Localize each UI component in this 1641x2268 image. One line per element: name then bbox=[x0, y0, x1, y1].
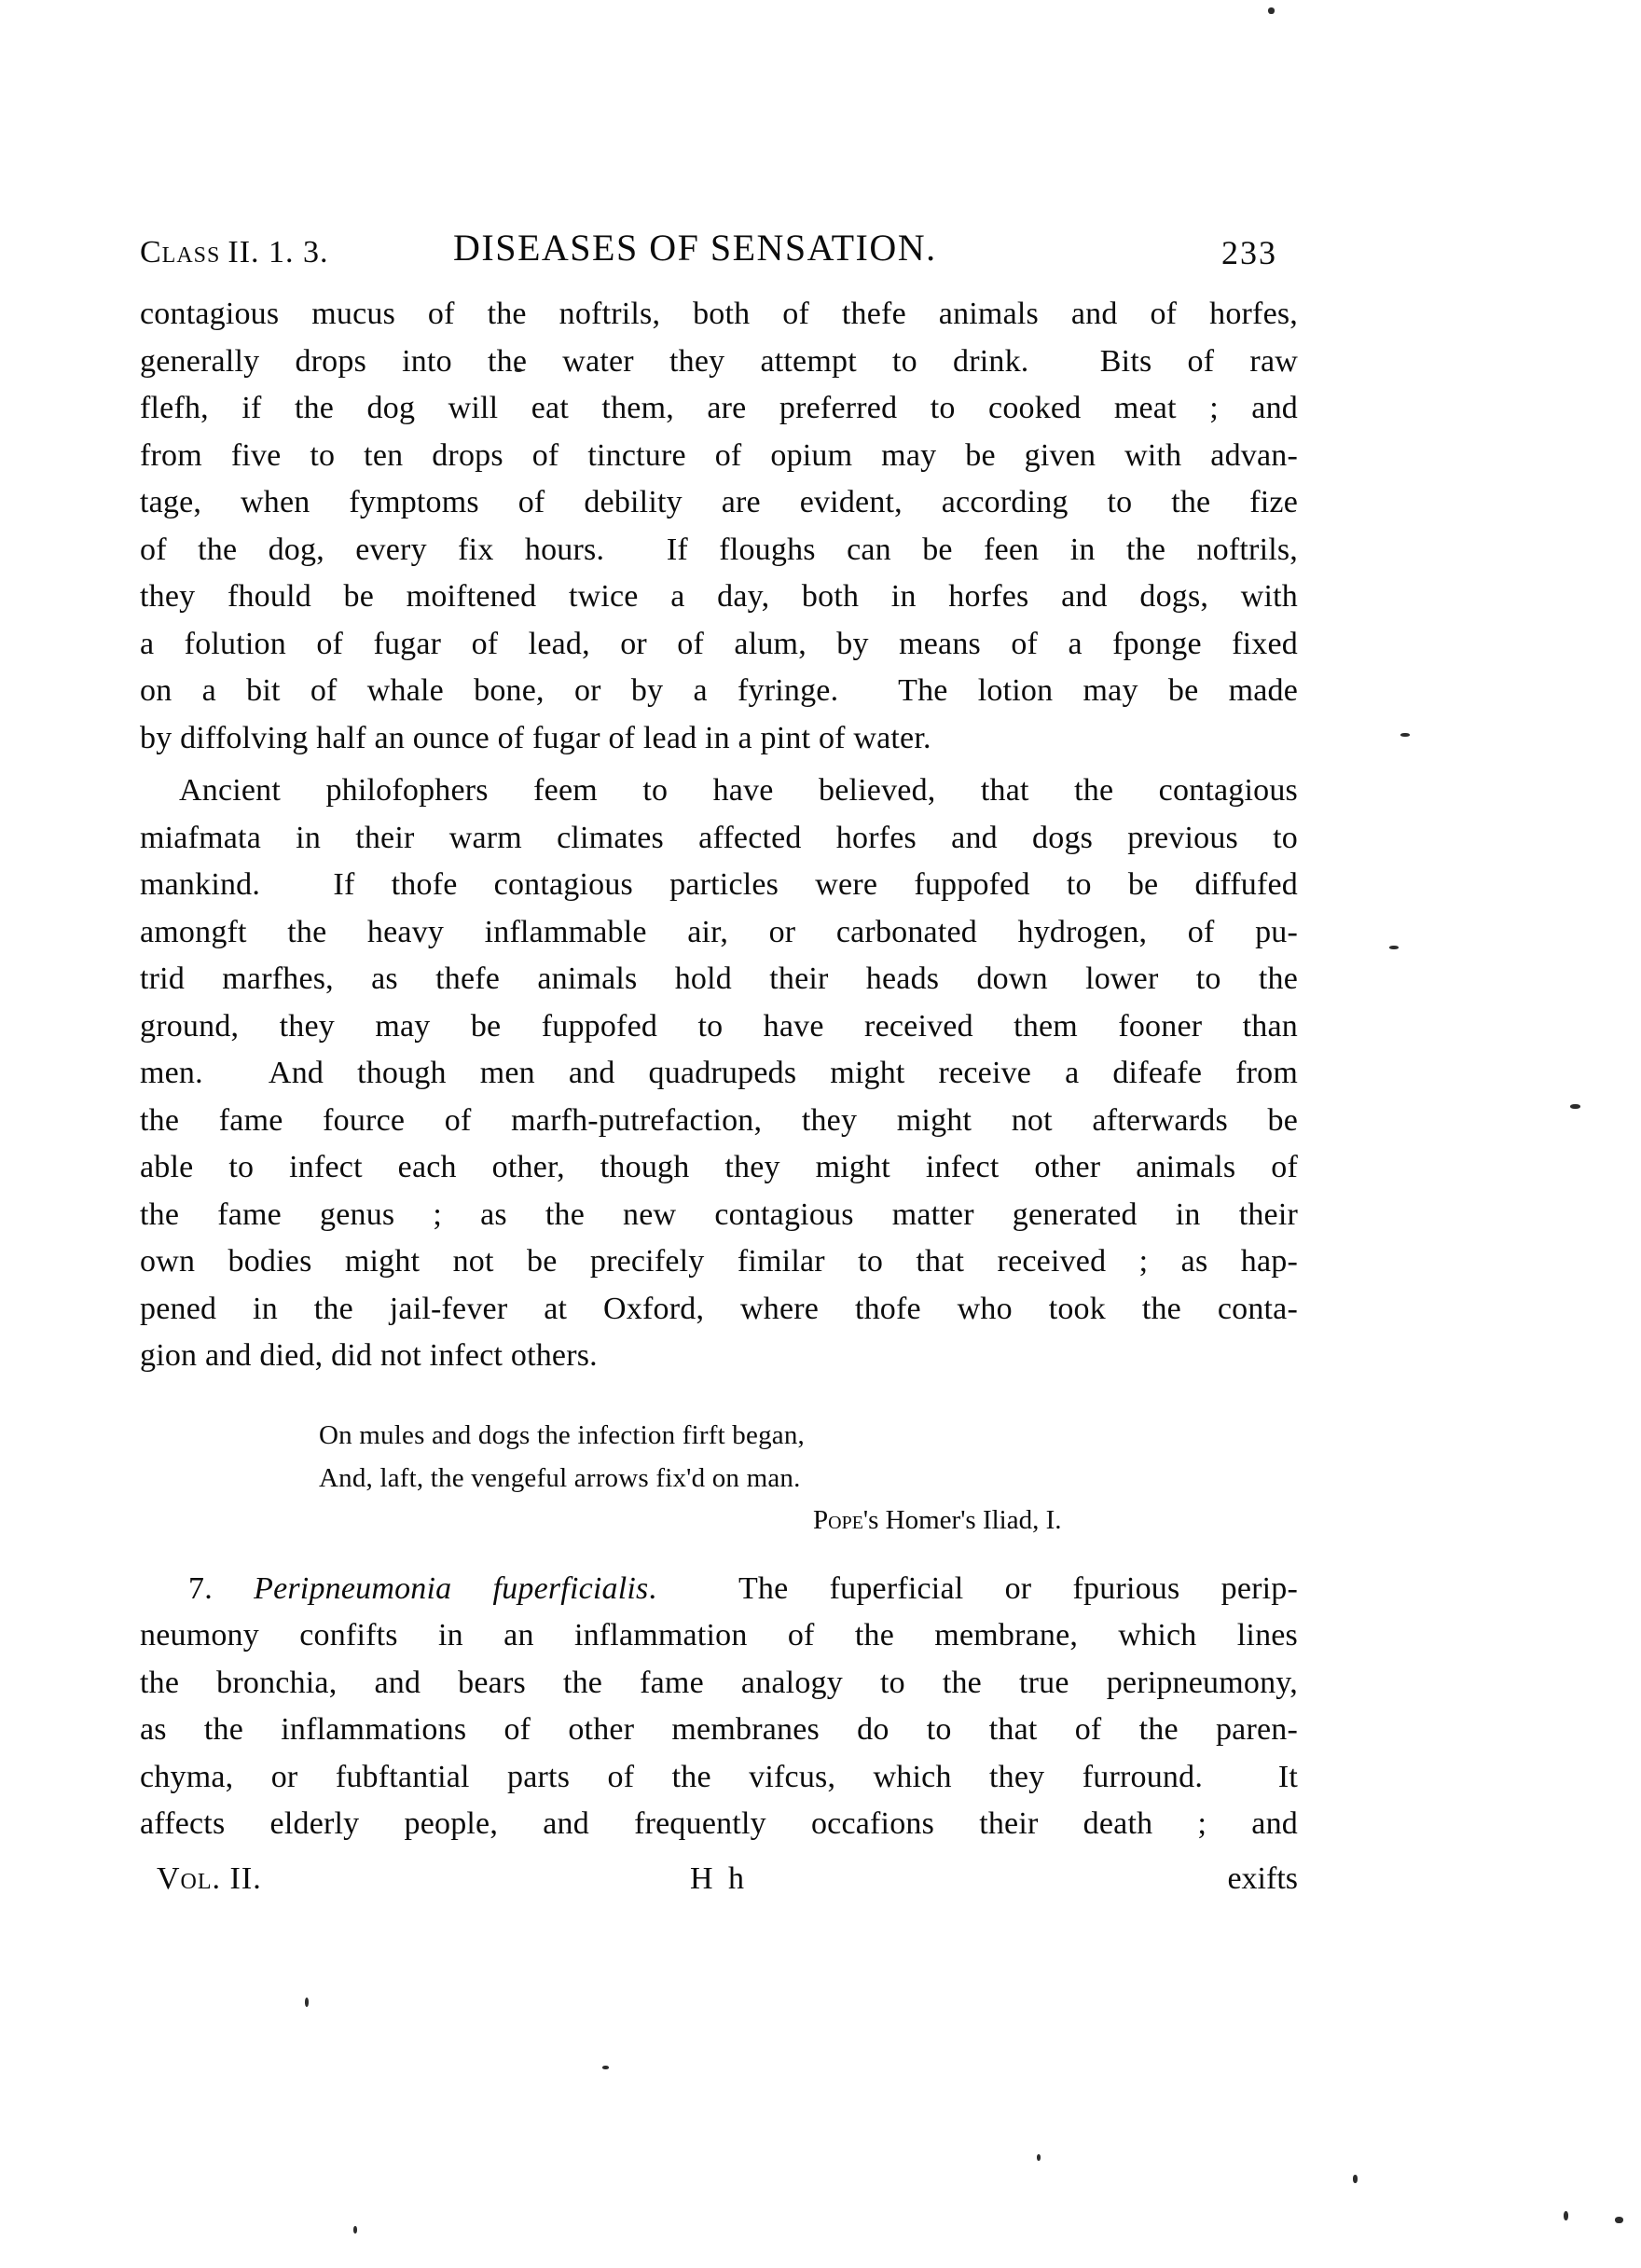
signature-mark: H h bbox=[690, 1856, 748, 1903]
entry-number: 7. bbox=[188, 1571, 254, 1606]
scan-speck bbox=[353, 2226, 357, 2233]
scan-speck bbox=[1570, 1104, 1580, 1109]
verse-quotation: On mules and dogs the infection firft be… bbox=[140, 1414, 1298, 1500]
catchword: exifts bbox=[1227, 1856, 1298, 1903]
text-line: of the dog, every fix hours. If floughs … bbox=[140, 527, 1298, 574]
text-line: contagious mucus of the noftrils, both o… bbox=[140, 291, 1298, 339]
attribution-work: 's Homer's Iliad, I. bbox=[863, 1505, 1062, 1535]
text-line: 7. Peripneumonia fuperficialis. The fupe… bbox=[140, 1566, 1298, 1613]
text-line: pened in the jail-fever at Oxford, where… bbox=[140, 1286, 1298, 1334]
text-line: chyma, or fubftantial parts of the vifcu… bbox=[140, 1754, 1298, 1802]
text-line: neumony confifts in an inflammation of t… bbox=[140, 1612, 1298, 1660]
scan-speck bbox=[305, 1998, 309, 2007]
page-foot-line: Vol. II. H h exifts bbox=[140, 1856, 1298, 1903]
volume-numeral: . II. bbox=[213, 1861, 262, 1896]
verse-attribution: Pope's Homer's Iliad, I. bbox=[140, 1500, 1298, 1542]
scan-speck bbox=[1268, 7, 1275, 14]
text-column: contagious mucus of the noftrils, both o… bbox=[140, 291, 1298, 1903]
scan-speck bbox=[1400, 733, 1410, 737]
text-line: the bronchia, and bears the fame analogy… bbox=[140, 1660, 1298, 1708]
text-line: a folution of fugar of lead, or of alum,… bbox=[140, 621, 1298, 669]
text-line: tage, when fymptoms of debility are evid… bbox=[140, 479, 1298, 527]
scan-speck bbox=[1389, 946, 1399, 949]
class-section-label: ClassII. 1. 3. bbox=[140, 235, 329, 270]
scan-speck bbox=[1564, 2211, 1568, 2220]
attribution-author: Pope bbox=[813, 1505, 863, 1535]
paragraph-3: 7. Peripneumonia fuperficialis. The fupe… bbox=[140, 1566, 1298, 1848]
class-numbers: II. 1. 3. bbox=[228, 235, 328, 270]
text-line: gion and died, did not infect others. bbox=[140, 1333, 1298, 1380]
text-line: mankind. If thofe contagious particles w… bbox=[140, 862, 1298, 909]
text-line: they fhould be moiftened twice a day, bo… bbox=[140, 574, 1298, 621]
paragraph-1: contagious mucus of the noftrils, both o… bbox=[140, 291, 1298, 762]
text-line: ground, they may be fuppofed to have rec… bbox=[140, 1003, 1298, 1051]
entry-latin-title: Peripneumonia fuperficialis bbox=[254, 1571, 648, 1606]
class-word: Class bbox=[140, 235, 220, 270]
text-line: from five to ten drops of tincture of op… bbox=[140, 433, 1298, 480]
running-head: ClassII. 1. 3. DISEASES OF SENSATION. 23… bbox=[140, 222, 1298, 287]
scan-speck bbox=[1615, 2217, 1623, 2223]
text-line: generally drops into the water they atte… bbox=[140, 339, 1298, 386]
text-line: Ancient philofophers feem to have believ… bbox=[140, 768, 1298, 815]
page-title: DISEASES OF SENSATION. bbox=[453, 226, 937, 270]
text-line: affects elderly people, and frequently o… bbox=[140, 1801, 1298, 1848]
paragraph-2: Ancient philofophers feem to have believ… bbox=[140, 768, 1298, 1380]
volume-word: Vol bbox=[157, 1861, 213, 1896]
text-line: as the inflammations of other membranes … bbox=[140, 1707, 1298, 1754]
verse-line: On mules and dogs the infection firft be… bbox=[319, 1414, 1298, 1457]
book-page-scan: ClassII. 1. 3. DISEASES OF SENSATION. 23… bbox=[0, 0, 1641, 2268]
scan-speck bbox=[515, 368, 522, 372]
page-number: 233 bbox=[1221, 233, 1277, 272]
text-line: the fame genus ; as the new contagious m… bbox=[140, 1192, 1298, 1239]
verse-line: And, laft, the vengeful arrows fix'd on … bbox=[319, 1457, 1298, 1500]
scan-speck bbox=[1353, 2175, 1358, 2183]
text-line: by diffolving half an ounce of fugar of … bbox=[140, 715, 1298, 763]
volume-label: Vol. II. bbox=[157, 1856, 262, 1903]
scan-speck bbox=[602, 2066, 609, 2069]
scan-speck bbox=[1037, 2154, 1041, 2161]
text-line: on a bit of whale bone, or by a fyringe.… bbox=[140, 668, 1298, 715]
text-line: trid marfhes, as thefe animals hold thei… bbox=[140, 956, 1298, 1003]
text-line: miafmata in their warm climates affected… bbox=[140, 815, 1298, 863]
text-line: men. And though men and quadrupeds might… bbox=[140, 1050, 1298, 1098]
text-line: amongft the heavy inflammable air, or ca… bbox=[140, 909, 1298, 957]
text-line: the fame fource of marfh-putrefaction, t… bbox=[140, 1098, 1298, 1145]
text-line: flefh, if the dog will eat them, are pre… bbox=[140, 385, 1298, 433]
text-line: able to infect each other, though they m… bbox=[140, 1144, 1298, 1192]
text-line: own bodies might not be precifely fimila… bbox=[140, 1238, 1298, 1286]
entry-line-rest: . The fuperficial or fpurious perip- bbox=[648, 1571, 1298, 1606]
